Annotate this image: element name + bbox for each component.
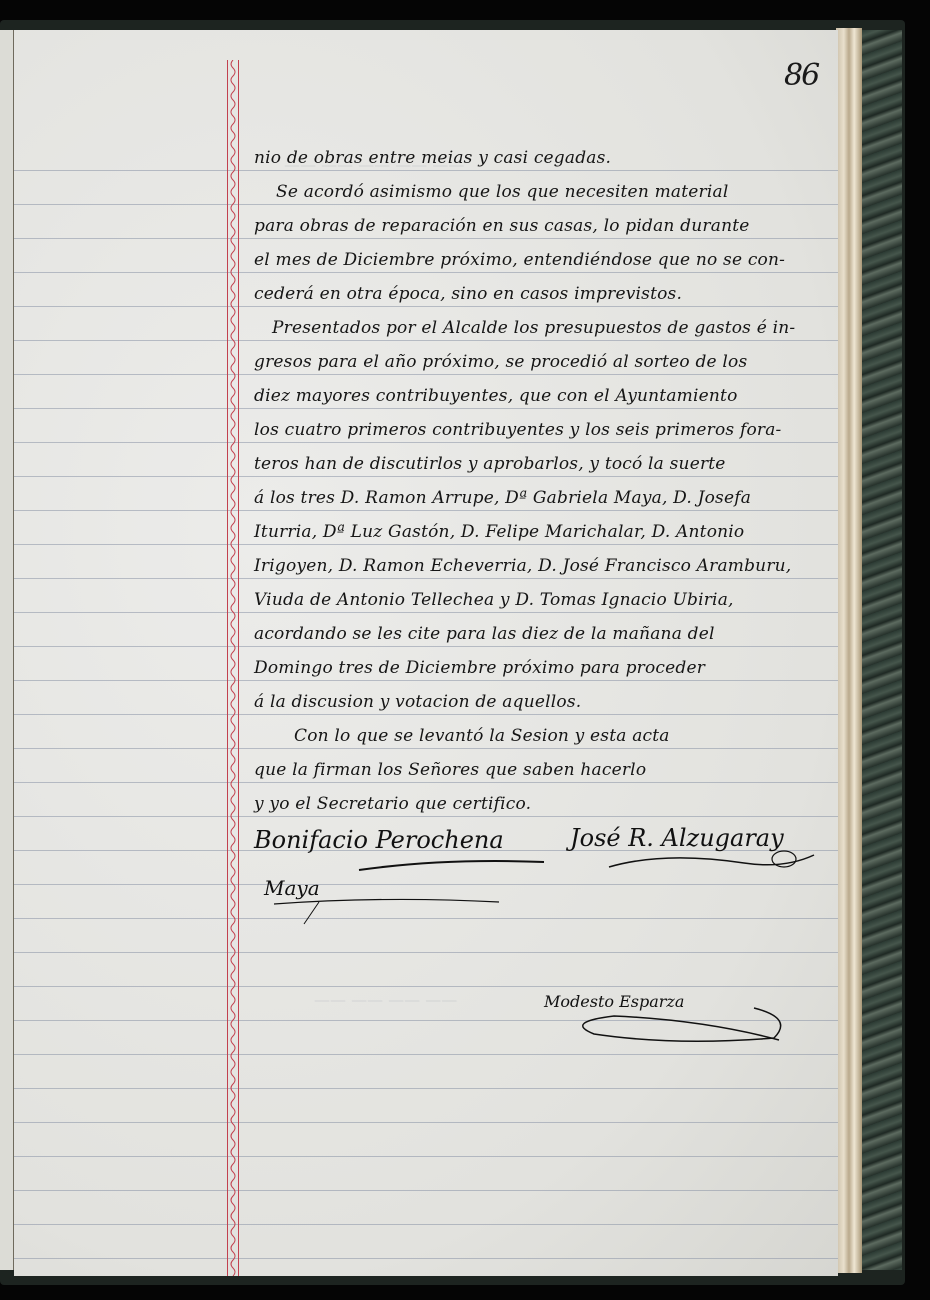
marbled-edge: [862, 30, 902, 1270]
text-line: para obras de reparación en sus casas, l…: [254, 216, 750, 236]
ruled-line: [14, 986, 838, 987]
ruled-line: [14, 238, 838, 239]
text-line: Viuda de Antonio Tellechea y D. Tomas Ig…: [254, 590, 734, 610]
ruled-line: [14, 578, 838, 579]
ruled-line: [14, 884, 838, 885]
ruled-line: [14, 1224, 838, 1225]
ruled-line: [14, 782, 838, 783]
ruled-line: [14, 408, 838, 409]
ruled-line: [14, 816, 838, 817]
page-edges: [836, 28, 862, 1273]
ruled-line: [14, 1190, 838, 1191]
text-line: gresos para el año próximo, se procedió …: [254, 352, 747, 372]
text-line: Presentados por el Alcalde los presupues…: [272, 318, 795, 338]
ruled-line: [14, 476, 838, 477]
signature-flourish: [264, 890, 504, 930]
wavy-margin-ornament: [229, 60, 237, 1276]
ruled-line: [14, 1054, 838, 1055]
ruled-line: [14, 510, 838, 511]
ruled-line: [14, 1156, 838, 1157]
ruled-line: [14, 204, 838, 205]
text-line: nio de obras entre meias y casi cegadas.: [254, 148, 611, 168]
ruled-line: [14, 1122, 838, 1123]
text-line: acordando se les cite para las diez de l…: [254, 624, 715, 644]
ruled-line: [14, 952, 838, 953]
ledger-page: —— —— —— —— —— —— —— —— —— 86 nio de obr…: [14, 30, 838, 1276]
ruled-line: [14, 272, 838, 273]
text-line: teros han de discutirlos y aprobarlos, y…: [254, 454, 726, 474]
text-line: Iturria, Dª Luz Gastón, D. Felipe Marich…: [254, 522, 744, 542]
text-line: y yo el Secretario que certifico.: [254, 794, 531, 814]
text-line: Domingo tres de Diciembre próximo para p…: [254, 658, 705, 678]
ruled-line: [14, 306, 838, 307]
margin-rule: [227, 60, 239, 1276]
ruled-line: [14, 680, 838, 681]
ruled-line: [14, 612, 838, 613]
text-line: que la firman los Señores que saben hace…: [254, 760, 646, 780]
text-line: cederá en otra época, sino en casos impr…: [254, 284, 682, 304]
text-line: Se acordó asimismo que los que necesiten…: [276, 182, 728, 202]
text-line: el mes de Diciembre próximo, entendiéndo…: [254, 250, 785, 270]
ruled-line: [14, 748, 838, 749]
ruled-line: [14, 374, 838, 375]
ruled-line: [14, 714, 838, 715]
ruled-line: [14, 442, 838, 443]
ruled-line: [14, 1088, 838, 1089]
signature-flourish: [554, 998, 794, 1048]
signature-flourish: [604, 845, 824, 879]
signature-flourish: [354, 850, 554, 880]
ruled-line: [14, 646, 838, 647]
bleed-through-text: —— —— —— ——: [314, 990, 457, 1009]
previous-page-edge: [0, 30, 15, 1270]
ruled-line: [14, 340, 838, 341]
text-line: Irigoyen, D. Ramon Echeverria, D. José F…: [254, 556, 791, 576]
page-number: 86: [784, 58, 818, 93]
text-line: diez mayores contribuyentes, que con el …: [254, 386, 738, 406]
text-line: los cuatro primeros contribuyentes y los…: [254, 420, 782, 440]
text-line: Con lo que se levantó la Sesion y esta a…: [294, 726, 670, 746]
ruled-line: [14, 1258, 838, 1259]
ruled-line: [14, 544, 838, 545]
text-line: á la discusion y votacion de aquellos.: [254, 692, 581, 712]
text-line: á los tres D. Ramon Arrupe, Dª Gabriela …: [254, 488, 751, 508]
